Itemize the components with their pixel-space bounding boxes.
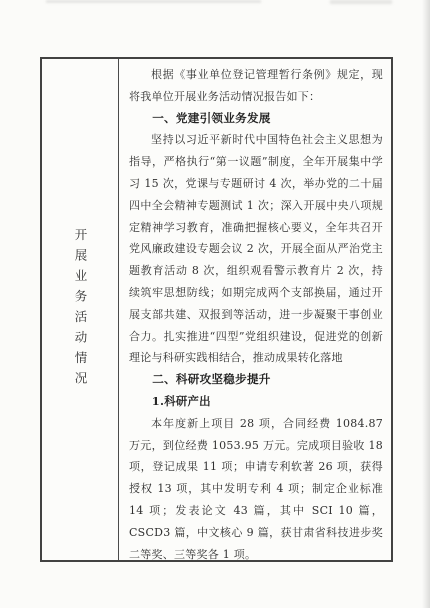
scan-edge-shadow [422,0,430,608]
subsection-heading-research-output: 1.科研产出 [129,391,383,413]
party-building-paragraph: 坚持以习近平新时代中国特色社会主义思想为指导，严格执行“第一议题”制度，全年开展… [129,129,383,369]
scan-smudge [330,0,392,4]
scan-smudge [46,0,261,3]
section-heading-party-building: 一、党建引领业务发展 [129,108,383,130]
row-label-vertical-text: 开展业务活动情况 [71,228,89,392]
report-intro-paragraph: 根据《事业单位登记管理暂行条例》规定，现将我单位开展业务活动情况报告如下： [129,64,383,108]
section-heading-research: 二、科研攻坚稳步提升 [129,369,383,391]
research-output-paragraph: 本年度新上项目 28 项，合同经费 1084.87 万元，到位经费 1053.9… [129,413,383,560]
report-content-cell: 根据《事业单位登记管理暂行条例》规定，现将我单位开展业务活动情况报告如下： 一、… [119,59,391,560]
row-label-cell: 开展业务活动情况 [42,59,119,560]
business-activity-table: 开展业务活动情况 根据《事业单位登记管理暂行条例》规定，现将我单位开展业务活动情… [40,57,393,562]
